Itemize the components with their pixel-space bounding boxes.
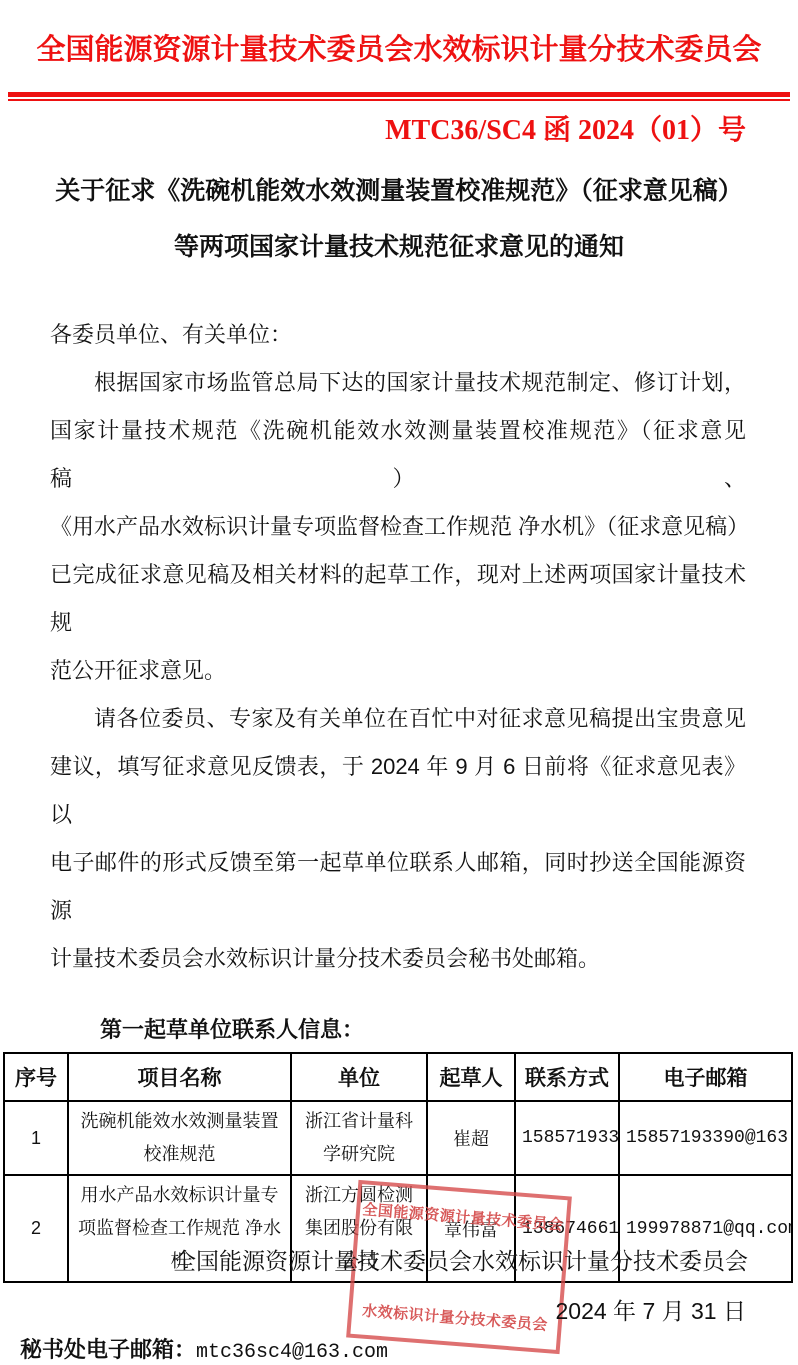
paragraph2-line3: 电子邮件的形式反馈至第一起草单位联系人邮箱，同时抄送全国能源资源 xyxy=(50,839,746,935)
paragraph2-line1: 请各位委员、专家及有关单位在百忙中对征求意见稿提出宝贵意见 xyxy=(50,695,746,743)
header-cell-email: 电子邮箱 xyxy=(619,1053,792,1101)
row1-drafter: 崔超 xyxy=(427,1101,515,1175)
row1-email: 15857193390@163.com xyxy=(619,1101,792,1175)
paragraph1-line4: 已完成征求意见稿及相关材料的起草工作，现对上述两项国家计量技术规 xyxy=(50,551,746,647)
notice-title-line1: 关于征求《洗碗机能效水效测量装置校准规范》（征求意见稿） xyxy=(0,163,798,219)
document-number: MTC36/SC4 函 2024（01）号 xyxy=(0,111,798,151)
header-cell-project: 项目名称 xyxy=(68,1053,291,1101)
notice-title-line2: 等两项国家计量技术规范征求意见的通知 xyxy=(0,219,798,275)
paragraph1-line2: 国家计量技术规范《洗碗机能效水效测量装置校准规范》（征求意见稿）、 xyxy=(50,407,746,503)
paragraph2-line4: 计量技术委员会水效标识计量分技术委员会秘书处邮箱。 xyxy=(50,935,746,983)
committee-letterhead: 全国能源资源计量技术委员会水效标识计量分技术委员会 xyxy=(0,0,798,70)
red-divider-thin-line xyxy=(8,99,790,101)
secretary-email-value: mtc36sc4@163.com xyxy=(196,1341,388,1364)
salutation: 各委员单位、有关单位： xyxy=(50,311,746,359)
row1-no: 1 xyxy=(4,1101,68,1175)
stamp-line1: 全国能源资源计量技术委员会 xyxy=(362,1198,565,1235)
table-caption: 第一起草单位联系人信息： xyxy=(100,1013,798,1044)
paragraph1-line3: 《用水产品水效标识计量专项监督检查工作规范 净水机》（征求意见稿） xyxy=(50,503,746,551)
issue-date: 2024 年 7 月 31 日 xyxy=(556,1293,747,1326)
row1-project: 洗碗机能效水效测量装置校准规范 xyxy=(68,1101,291,1175)
table-row: 1 洗碗机能效水效测量装置校准规范 浙江省计量科学研究院 崔超 15857193… xyxy=(4,1101,792,1175)
red-divider xyxy=(8,92,790,101)
table-header-row: 序号 项目名称 单位 起草人 联系方式 电子邮箱 xyxy=(4,1053,792,1101)
secretary-email-label: 秘书处电子邮箱： xyxy=(20,1337,196,1362)
red-divider-thick-line xyxy=(8,92,790,97)
header-cell-unit: 单位 xyxy=(291,1053,427,1101)
row2-no: 2 xyxy=(4,1175,68,1282)
paragraph1-line1: 根据国家市场监管总局下达的国家计量技术规范制定、修订计划， xyxy=(50,359,746,407)
notice-title: 关于征求《洗碗机能效水效测量装置校准规范》（征求意见稿） 等两项国家计量技术规范… xyxy=(0,163,798,275)
header-cell-drafter: 起草人 xyxy=(427,1053,515,1101)
row1-phone: 15857193390 xyxy=(515,1101,619,1175)
paragraph1-line5: 范公开征求意见。 xyxy=(50,647,746,695)
header-cell-no: 序号 xyxy=(4,1053,68,1101)
document-body: 各委员单位、有关单位： 根据国家市场监管总局下达的国家计量技术规范制定、修订计划… xyxy=(50,311,746,983)
stamp-line2: 水效标识计量分技术委员会 xyxy=(361,1300,548,1336)
signature-committee: 全国能源资源计量技术委员会水效标识计量分技术委员会 xyxy=(173,1243,748,1276)
paragraph2-line2: 建议，填写征求意见反馈表，于 2024 年 9 月 6 日前将《征求意见表》以 xyxy=(50,743,746,839)
row1-unit: 浙江省计量科学研究院 xyxy=(291,1101,427,1175)
document-page: 全国能源资源计量技术委员会水效标识计量分技术委员会 MTC36/SC4 函 20… xyxy=(0,0,798,1365)
header-cell-phone: 联系方式 xyxy=(515,1053,619,1101)
